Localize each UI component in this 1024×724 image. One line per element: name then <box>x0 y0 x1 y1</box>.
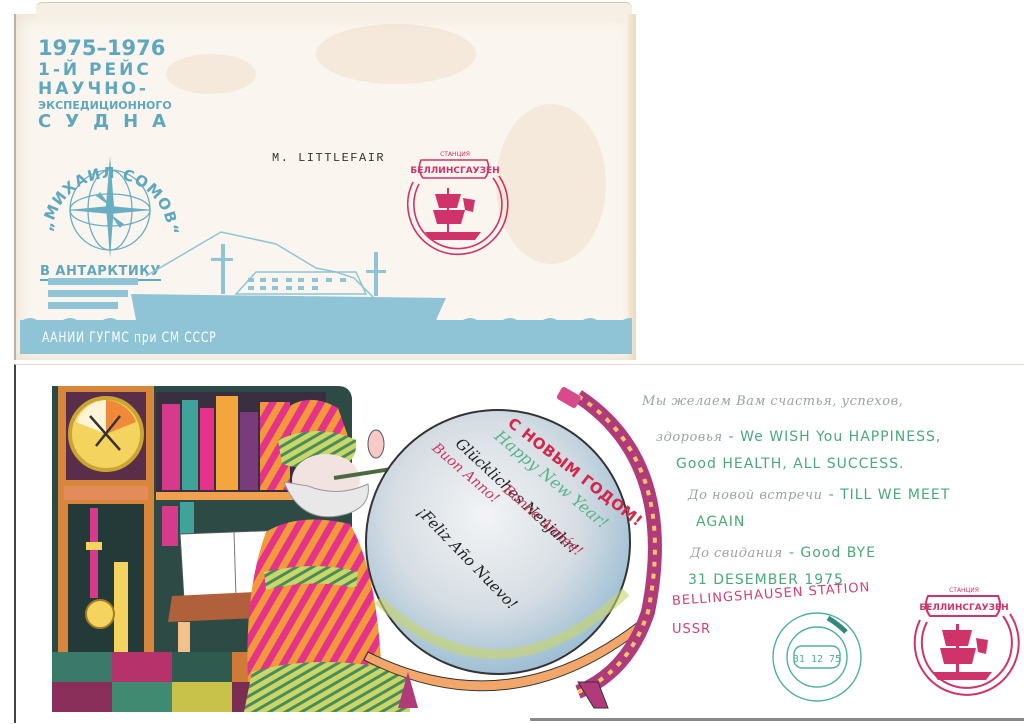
card-shadow-edge <box>530 718 1024 721</box>
svg-text:СТАНЦИЯ: СТАНЦИЯ <box>440 151 470 158</box>
recipient-address: M. LITTLEFAIR <box>272 151 385 165</box>
handwritten-line-4-ru: До новой встречи <box>688 488 822 503</box>
handwritten-line-5: AGAIN <box>696 514 745 530</box>
handwritten-line-1: Мы желаем Вам счастья, успехов, <box>642 394 903 409</box>
station-cachet-stamp: СТАНЦИЯ БЕЛЛИНСГАУЗЕН <box>395 142 515 260</box>
handwritten-line-6: До свидания - Good BYE <box>690 542 876 561</box>
handwritten-line-2-en: - We WISH You HAPPINESS, <box>729 429 942 445</box>
heading-line-expedition: ЭКСПЕДИЦИОННОГО <box>38 100 180 111</box>
handwritten-line-4: До новой встречи - TILL WE MEET <box>688 484 950 503</box>
envelope: 1975–1976 1-Й РЕЙС НАУЧНО- ЭКСПЕДИЦИОННО… <box>14 14 636 360</box>
expedition-years: 1975–1976 <box>38 38 180 59</box>
handwritten-line-6-ru: До свидания <box>690 546 783 561</box>
svg-text:СТАНЦИЯ: СТАНЦИЯ <box>949 587 979 594</box>
postmark-stamp: 31 12 75 <box>768 608 866 706</box>
svg-text:БЕЛЛИНСГАУЗЕН: БЕЛЛИНСГАУЗЕН <box>410 166 499 176</box>
handwritten-line-4-en: - TILL WE MEET <box>829 487 951 503</box>
handwritten-country: USSR <box>672 622 711 637</box>
heading-line-vessel: СУДНА <box>38 113 180 131</box>
voyage-number: 1-Й РЕЙС <box>38 62 180 79</box>
paper-stain <box>316 24 476 84</box>
envelope-heading: 1975–1976 1-Й РЕЙС НАУЧНО- ЭКСПЕДИЦИОННО… <box>38 38 180 133</box>
envelope-flap <box>36 2 632 19</box>
handwritten-line-2-ru: здоровья <box>656 430 723 445</box>
handwritten-line-2: здоровья - We WISH You HAPPINESS, <box>656 426 941 445</box>
handwritten-line-3: Good HEALTH, ALL SUCCESS. <box>676 456 905 472</box>
handwritten-line-6-en: - Good BYE <box>789 545 876 561</box>
station-cachet-stamp-card: СТАНЦИЯ БЕЛЛИНСГАУЗЕН <box>904 580 1024 698</box>
svg-text:31 12 75: 31 12 75 <box>793 654 841 665</box>
wave-border <box>20 314 632 324</box>
heading-line-scientific: НАУЧНО- <box>38 81 180 98</box>
publisher-label: ААНИИ ГУГМС при СМ СССР <box>42 330 217 346</box>
svg-text:БЕЛЛИНСГАУЗЕН: БЕЛЛИНСГАУЗЕН <box>919 603 1008 613</box>
